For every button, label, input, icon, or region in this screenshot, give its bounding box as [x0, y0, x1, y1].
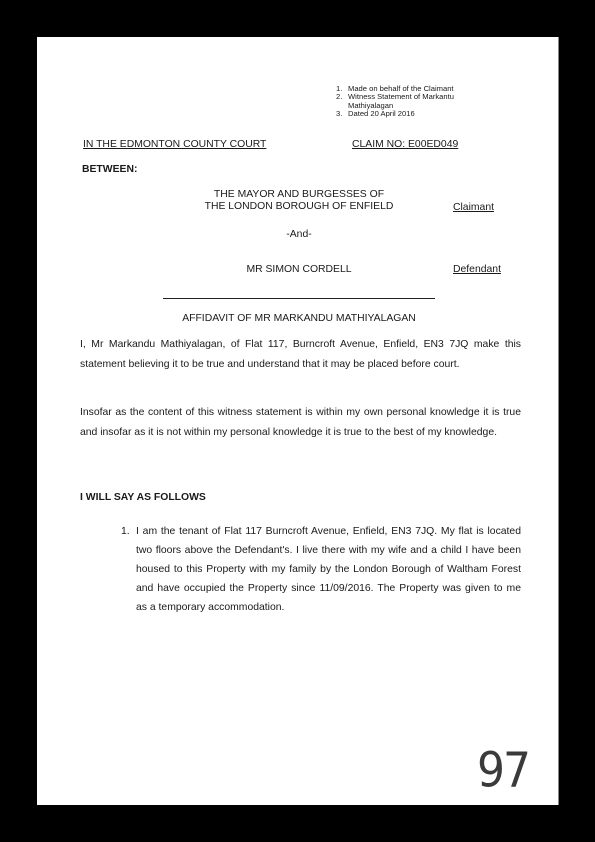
- header-notes: 1. Made on behalf of the Claimant 2. Wit…: [336, 85, 454, 119]
- defendant-label: Defendant: [453, 264, 501, 275]
- claimant-party: THE MAYOR AND BURGESSES OF THE LONDON BO…: [109, 189, 489, 213]
- item-text: I am the tenant of Flat 117 Burncroft Av…: [136, 522, 521, 617]
- claimant-line: THE MAYOR AND BURGESSES OF: [109, 189, 489, 201]
- knowledge-paragraph: Insofar as the content of this witness s…: [80, 403, 521, 443]
- and-separator: -And-: [109, 229, 489, 240]
- handwritten-page-number: 97: [477, 742, 529, 798]
- note-number: 2.: [336, 93, 348, 101]
- court-name: IN THE EDMONTON COUNTY COURT: [83, 139, 266, 150]
- statement-paragraph: I, Mr Markandu Mathiyalagan, of Flat 117…: [80, 335, 521, 375]
- title-divider: [163, 298, 435, 299]
- say-heading: I WILL SAY AS FOLLOWS: [80, 492, 206, 503]
- defendant-party: MR SIMON CORDELL: [109, 264, 489, 275]
- item-number: 1.: [121, 522, 136, 617]
- note-text: Dated 20 April 2016: [348, 110, 415, 118]
- claimant-line: THE LONDON BOROUGH OF ENFIELD: [109, 201, 489, 213]
- document-page: 1. Made on behalf of the Claimant 2. Wit…: [37, 37, 559, 805]
- claim-number: CLAIM NO: E00ED049: [352, 139, 458, 150]
- between-label: BETWEEN:: [82, 164, 137, 175]
- document-title: AFFIDAVIT OF MR MARKANDU MATHIYALAGAN: [37, 313, 561, 324]
- claimant-label: Claimant: [453, 202, 494, 213]
- note-item: 3. Dated 20 April 2016: [336, 110, 454, 118]
- note-number: 3.: [336, 110, 348, 118]
- numbered-item: 1. I am the tenant of Flat 117 Burncroft…: [121, 522, 521, 617]
